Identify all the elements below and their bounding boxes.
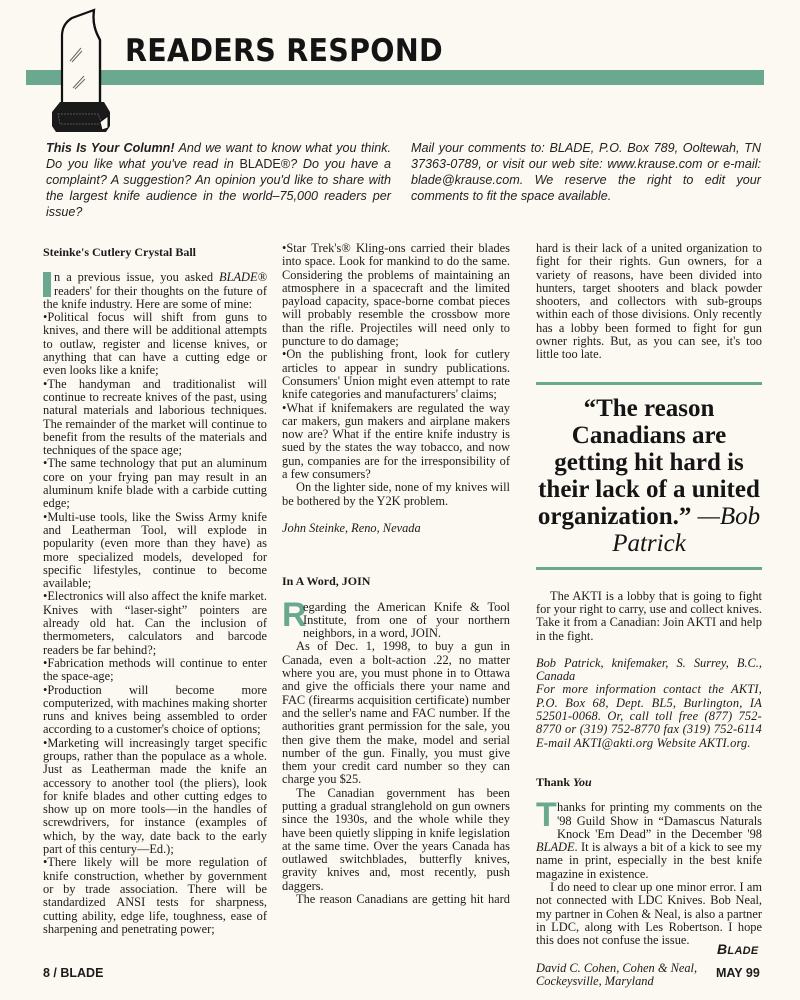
letter-headline: Thank You — [536, 776, 762, 789]
letter-paragraph: As of Dec. 1, 1998, to buy a gun in Cana… — [282, 640, 510, 786]
bullet-item: •Marketing will increasingly target spec… — [43, 737, 267, 857]
letter-paragraph: The AKTI is a lobby that is going to fig… — [536, 590, 762, 643]
bullet-item: •Electronics will also affect the knife … — [43, 590, 267, 656]
header-accent-band — [26, 70, 764, 85]
bullet-item: •On the publishing front, look for cutle… — [282, 348, 510, 401]
intro-left: This Is Your Column! And we want to know… — [46, 140, 391, 220]
letter-paragraph: Regarding the American Knife & Tool Inst… — [282, 601, 510, 641]
bullet-item: •The same technology that put an aluminu… — [43, 457, 267, 510]
letter-paragraph: The reason Canadians are getting hit har… — [282, 893, 510, 906]
intro-right: Mail your comments to: BLADE, P.O. Box 7… — [411, 140, 761, 204]
issue-date: MAY 99 — [716, 966, 760, 980]
blade-logo: BLADE — [717, 941, 759, 957]
letter-headline: Steinke's Cutlery Crystal Ball — [43, 246, 267, 259]
brand-name: BLADE® — [240, 157, 291, 171]
drop-cap: T — [536, 802, 554, 828]
knife-trophy-icon — [48, 6, 118, 134]
column-2: •Star Trek's® Kling-ons carried their bl… — [282, 242, 510, 906]
letter-paragraph: I do need to clear up one minor error. I… — [536, 881, 762, 947]
letter-signature: John Steinke, Reno, Nevada — [282, 522, 510, 535]
bullet-item: •Fabrication methods will continue to en… — [43, 657, 267, 684]
drop-cap: I — [43, 272, 51, 297]
letter-headline: In A Word, JOIN — [282, 575, 510, 588]
page-header: READERS RESPOND — [0, 0, 800, 135]
section-title: READERS RESPOND — [125, 33, 443, 69]
bullet-item: •Star Trek's® Kling-ons carried their bl… — [282, 242, 510, 348]
letter-paragraph-continued: hard is their lack of a united organizat… — [536, 242, 762, 362]
bullet-item: •What if knifemakers are regulated the w… — [282, 402, 510, 482]
bullet-item: •There likely will be more regulation of… — [43, 856, 267, 936]
column-1: Steinke's Cutlery Crystal Ball In a prev… — [43, 246, 267, 936]
bullet-item: •Political focus will shift from guns to… — [43, 311, 267, 377]
letter-paragraph: On the lighter side, none of my knives w… — [282, 481, 510, 508]
intro-lead: This Is Your Column! — [46, 141, 175, 155]
bullet-item: •The handyman and traditionalist will co… — [43, 378, 267, 458]
page-number: 8 / BLADE — [43, 966, 103, 980]
letter-paragraph: Thanks for printing my comments on the '… — [536, 801, 762, 881]
bullet-item: •Multi-use tools, like the Swiss Army kn… — [43, 511, 267, 591]
bullet-item: •Production will become more computerize… — [43, 684, 267, 737]
letter-signature: Bob Patrick, knifemaker, S. Surrey, B.C.… — [536, 657, 762, 684]
column-3: hard is their lack of a united organizat… — [536, 242, 762, 988]
pull-quote: “The reason Canadians are getting hit ha… — [536, 382, 762, 570]
letter-paragraph: The Canadian government has been putting… — [282, 787, 510, 893]
drop-cap: R — [282, 602, 300, 628]
contact-info: For more information contact the AKTI, P… — [536, 683, 762, 749]
letter-paragraph: In a previous issue, you asked BLADE® re… — [43, 271, 267, 311]
